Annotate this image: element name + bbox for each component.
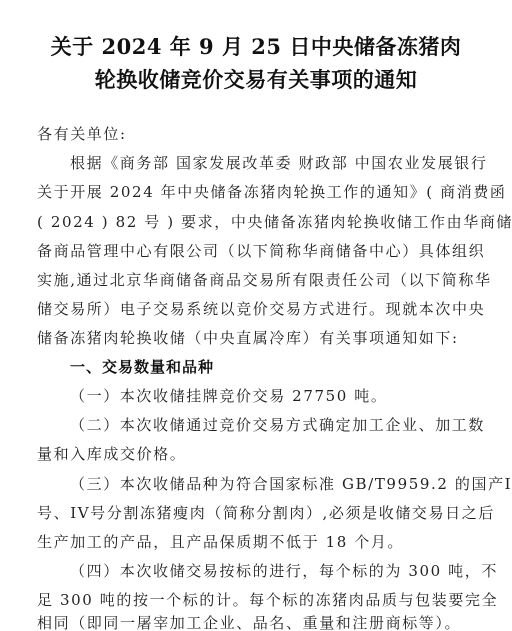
item-3-line-2: 号、IV号分割冻猪瘦肉（简称分割肉）,必须是收储交易日之后 bbox=[37, 502, 477, 524]
intro-line-6: 储交易所）电子交易系统以竞价交易方式进行。现就本次中央 bbox=[37, 298, 477, 320]
intro-line-3: ( 2024 ) 82 号 ) 要求，中央储备冻猪肉轮换收储工作由华商储 bbox=[37, 211, 477, 233]
section-heading: 一、交易数量和品种 bbox=[70, 356, 477, 378]
salutation: 各有关单位: bbox=[37, 123, 477, 145]
document-title-line-2: 轮换收储竞价交易有关事项的通知 bbox=[0, 65, 512, 95]
item-1-line-1: （一）本次收储挂牌竞价交易 27750 吨。 bbox=[70, 385, 477, 407]
document-page: 关于 2024 年 9 月 25 日中央储备冻猪肉 轮换收储竞价交易有关事项的通… bbox=[0, 0, 512, 631]
item-4-line-3: 相同（即同一屠宰加工企业、品名、重量和注册商标等）。 bbox=[37, 612, 477, 631]
intro-line-7: 储备冻猪肉轮换收储（中央直属冷库）有关事项通知如下: bbox=[37, 327, 477, 349]
intro-line-4: 备商品管理中心有限公司（以下简称华商储备中心）具体组织 bbox=[37, 240, 477, 262]
item-2-line-2: 量和入库成交价格。 bbox=[37, 443, 477, 465]
intro-line-1: 根据《商务部 国家发展改革委 财政部 中国农业发展银行 bbox=[70, 152, 477, 174]
intro-line-5: 实施,通过北京华商储备商品交易所有限责任公司（以下简称华 bbox=[37, 269, 477, 291]
item-4-line-2: 足 300 吨的按一个标的计。每个标的冻猪肉品质与包装要完全 bbox=[37, 589, 477, 611]
item-3-line-1: （三）本次收储品种为符合国家标准 GB/T9959.2 的国产II bbox=[70, 473, 477, 495]
item-3-line-3: 生产加工的产品，且产品保质期不低于 18 个月。 bbox=[37, 531, 477, 553]
intro-line-2: 关于开展 2024 年中央储备冻猪肉轮换工作的通知》( 商消费函 bbox=[37, 181, 477, 203]
item-2-line-1: （二）本次收储通过竞价交易方式确定加工企业、加工数 bbox=[70, 414, 477, 436]
document-title-line-1: 关于 2024 年 9 月 25 日中央储备冻猪肉 bbox=[0, 32, 512, 62]
item-4-line-1: （四）本次收储交易按标的进行，每个标的为 300 吨，不 bbox=[70, 560, 477, 582]
